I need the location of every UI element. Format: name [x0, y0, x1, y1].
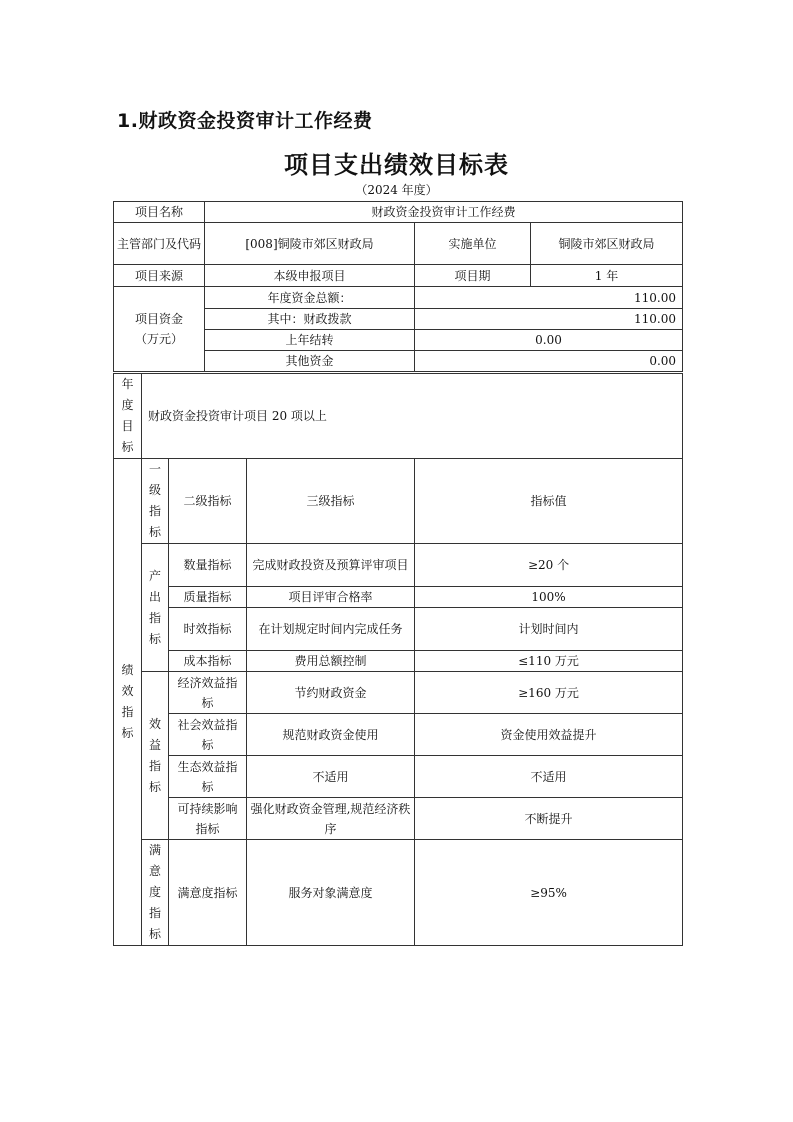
funds-label-cell: 项目资金 （万元）	[114, 287, 205, 372]
value-cell: ≥20 个	[415, 544, 683, 587]
funds-label: 项目资金	[117, 309, 201, 329]
source-row: 项目来源 本级申报项目 项目期 1 年	[114, 265, 683, 287]
benefit-indicator-label: 效益指标	[142, 672, 169, 840]
funds-row: 项目资金 （万元） 年度资金总额： 110.00	[114, 287, 683, 309]
annual-goal-row: 年度目标 财政资金投资审计项目 20 项以上	[114, 374, 683, 459]
department-label: 主管部门及代码	[114, 223, 205, 265]
level2-cell: 数量指标	[169, 544, 247, 587]
level1-header: 一级指标	[142, 459, 169, 544]
project-name-label: 项目名称	[114, 202, 205, 223]
section-heading: 1.财政资金投资审计工作经费	[117, 106, 372, 133]
performance-table: 年度目标 财政资金投资审计项目 20 项以上 绩效指标 一级指标 二级指标 三级…	[113, 373, 683, 946]
value-cell: ≤110 万元	[415, 651, 683, 672]
level3-cell: 规范财政资金使用	[247, 714, 415, 756]
level2-cell: 成本指标	[169, 651, 247, 672]
table-row: 可持续影响指标 强化财政资金管理,规范经济秩序 不断提升	[114, 798, 683, 840]
department-value: [008]铜陵市郊区财政局	[205, 223, 415, 265]
table-row: 效益指标 经济效益指标 节约财政资金 ≥160 万元	[114, 672, 683, 714]
level2-cell: 时效指标	[169, 608, 247, 651]
value-cell: 100%	[415, 587, 683, 608]
level3-cell: 费用总额控制	[247, 651, 415, 672]
value-cell: 资金使用效益提升	[415, 714, 683, 756]
level3-cell: 节约财政资金	[247, 672, 415, 714]
level2-cell: 生态效益指标	[169, 756, 247, 798]
funds-row-label: 其他资金	[205, 351, 415, 372]
level2-cell: 质量指标	[169, 587, 247, 608]
performance-indicator-label: 绩效指标	[114, 459, 142, 946]
document-title: 项目支出绩效目标表	[0, 145, 793, 180]
level3-cell: 强化财政资金管理,规范经济秩序	[247, 798, 415, 840]
funds-row-label: 年度资金总额：	[205, 287, 415, 309]
level3-cell: 服务对象满意度	[247, 840, 415, 946]
funds-row-value: 0.00	[415, 351, 683, 372]
level2-cell: 经济效益指标	[169, 672, 247, 714]
level3-cell: 完成财政投资及预算评审项目	[247, 544, 415, 587]
level2-cell: 社会效益指标	[169, 714, 247, 756]
source-value: 本级申报项目	[205, 265, 415, 287]
table-row: 成本指标 费用总额控制 ≤110 万元	[114, 651, 683, 672]
table-row: 社会效益指标 规范财政资金使用 资金使用效益提升	[114, 714, 683, 756]
value-cell: 不断提升	[415, 798, 683, 840]
level3-cell: 项目评审合格率	[247, 587, 415, 608]
table-row: 生态效益指标 不适用 不适用	[114, 756, 683, 798]
period-value: 1 年	[531, 265, 683, 287]
level2-cell: 满意度指标	[169, 840, 247, 946]
output-indicator-label: 产出指标	[142, 544, 169, 672]
satisfaction-indicator-label: 满意度指标	[142, 840, 169, 946]
level2-cell: 可持续影响指标	[169, 798, 247, 840]
document-year: （2024 年度）	[0, 181, 793, 198]
funds-row-label: 其中：财政拨款	[205, 309, 415, 330]
value-cell: ≥160 万元	[415, 672, 683, 714]
funds-row-value: 0.00	[415, 330, 683, 351]
indicator-header-row: 绩效指标 一级指标 二级指标 三级指标 指标值	[114, 459, 683, 544]
table-row: 质量指标 项目评审合格率 100%	[114, 587, 683, 608]
department-row: 主管部门及代码 [008]铜陵市郊区财政局 实施单位 铜陵市郊区财政局	[114, 223, 683, 265]
table-row: 满意度指标 满意度指标 服务对象满意度 ≥95%	[114, 840, 683, 946]
level3-cell: 不适用	[247, 756, 415, 798]
project-name-value: 财政资金投资审计工作经费	[205, 202, 683, 223]
exec-unit-value: 铜陵市郊区财政局	[531, 223, 683, 265]
funds-row-value: 110.00	[415, 309, 683, 330]
project-info-table: 项目名称 财政资金投资审计工作经费 主管部门及代码 [008]铜陵市郊区财政局 …	[113, 201, 683, 372]
annual-goal-label: 年度目标	[114, 374, 142, 459]
level3-cell: 在计划规定时间内完成任务	[247, 608, 415, 651]
exec-unit-label: 实施单位	[415, 223, 531, 265]
table-row: 产出指标 数量指标 完成财政投资及预算评审项目 ≥20 个	[114, 544, 683, 587]
value-cell: 不适用	[415, 756, 683, 798]
value-cell: 计划时间内	[415, 608, 683, 651]
value-cell: ≥95%	[415, 840, 683, 946]
value-header: 指标值	[415, 459, 683, 544]
level2-header: 二级指标	[169, 459, 247, 544]
period-label: 项目期	[415, 265, 531, 287]
funds-unit: （万元）	[117, 329, 201, 349]
project-name-row: 项目名称 财政资金投资审计工作经费	[114, 202, 683, 223]
level3-header: 三级指标	[247, 459, 415, 544]
funds-row-label: 上年结转	[205, 330, 415, 351]
annual-goal-text: 财政资金投资审计项目 20 项以上	[142, 374, 683, 459]
source-label: 项目来源	[114, 265, 205, 287]
table-row: 时效指标 在计划规定时间内完成任务 计划时间内	[114, 608, 683, 651]
funds-row-value: 110.00	[415, 287, 683, 309]
